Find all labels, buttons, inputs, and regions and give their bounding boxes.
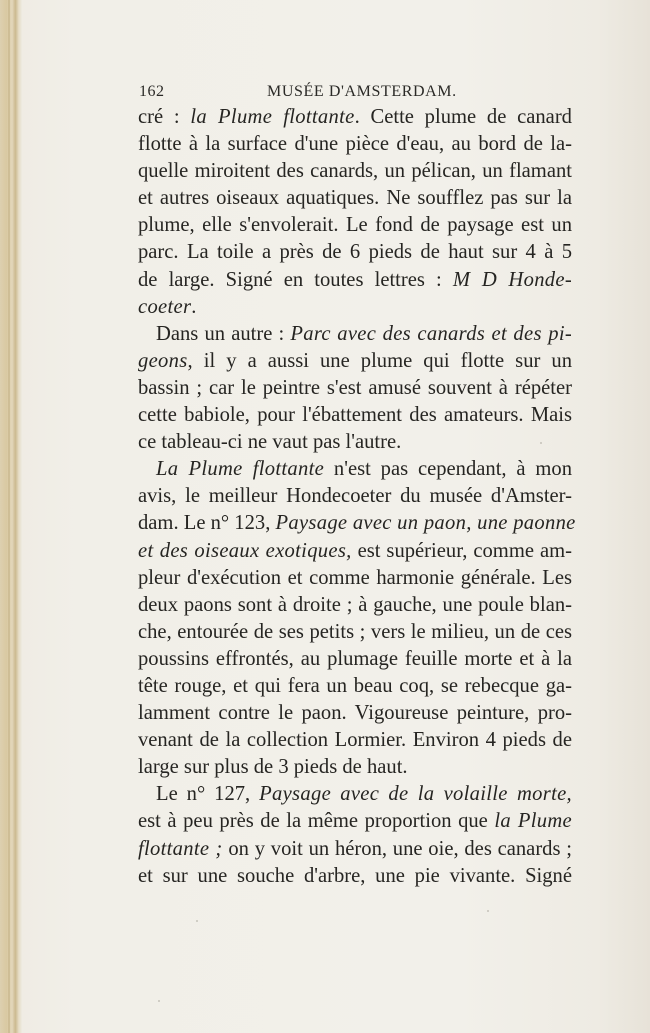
roman-text: tête rouge, et qui fera un beau coq, se … (138, 675, 572, 697)
text-line: est à peu près de la même proportion que… (138, 808, 572, 835)
running-title: MUSÉE D'AMSTERDAM. (267, 83, 457, 101)
text-line: tête rouge, et qui fera un beau coq, se … (138, 673, 572, 700)
roman-text: , il y a aussi une plume qui flotte sur … (188, 350, 572, 372)
page-binding-edge (0, 0, 22, 1033)
text-line: et des oiseaux exotiques, est supérieur,… (138, 538, 572, 565)
text-line: pleur d'exécution et comme harmonie géné… (138, 565, 572, 592)
italic-title-text: Parc avec des canards et des pi- (290, 323, 572, 345)
roman-text: parc. La toile a près de 6 pieds de haut… (138, 241, 572, 263)
roman-text: est à peu près de la même proportion que (138, 810, 494, 832)
italic-title-text: La Plume flottante (156, 458, 324, 480)
roman-text: che, entourée de ses petits ; vers le mi… (138, 621, 572, 643)
italic-title-text: flottante ; (138, 838, 223, 860)
roman-text: et sur une souche d'arbre, une pie vivan… (138, 865, 572, 887)
text-line: dam. Le n° 123, Paysage avec un paon, un… (138, 510, 572, 537)
roman-text: lamment contre le paon. Vigoureuse peint… (138, 702, 572, 724)
roman-text: Le n° 127, (156, 783, 259, 805)
italic-title-text: et des oiseaux exotiques, (138, 540, 352, 562)
roman-text: pleur d'exécution et comme harmonie géné… (138, 567, 572, 589)
roman-text: Dans un autre : (156, 323, 290, 345)
text-line: che, entourée de ses petits ; vers le mi… (138, 619, 572, 646)
text-line: poussins effrontés, au plumage feuille m… (138, 646, 572, 673)
roman-text: flotte à la surface d'une pièce d'eau, a… (138, 133, 572, 155)
text-line: flottante ; on y voit un héron, une oie,… (138, 836, 572, 863)
text-line: plume, elle s'envolerait. Le fond de pay… (138, 212, 572, 239)
text-line: quelle miroitent des canards, un pélican… (138, 158, 572, 185)
italic-title-text: Paysage avec un paon, une paonne (276, 512, 576, 534)
paragraph-start-line: Dans un autre : Parc avec des canards et… (138, 321, 572, 348)
italic-title-text: Paysage avec de la volaille morte, (259, 783, 572, 805)
roman-text: large sur plus de 3 pieds de haut. (138, 756, 408, 778)
roman-text: . Cette plume de canard (355, 106, 572, 128)
paper-speck (487, 910, 489, 912)
roman-text: quelle miroitent des canards, un pélican… (138, 160, 572, 182)
text-line: flotte à la surface d'une pièce d'eau, a… (138, 131, 572, 158)
text-line: deux paons sont à droite ; à gauche, une… (138, 592, 572, 619)
roman-text: est supérieur, comme am- (352, 540, 572, 562)
roman-text: on y voit un héron, une oie, des canards… (223, 838, 572, 860)
roman-text: ce tableau-ci ne vaut pas l'autre. (138, 431, 401, 453)
roman-text: venant de la collection Lormier. Environ… (138, 729, 572, 751)
italic-title-text: la Plume flottante (190, 106, 354, 128)
roman-text: dam. Le n° 123, (138, 512, 276, 534)
text-line: geons, il y a aussi une plume qui flotte… (138, 348, 572, 375)
roman-text: cré : (138, 106, 190, 128)
text-line: large sur plus de 3 pieds de haut. (138, 754, 572, 781)
roman-text: . (191, 296, 196, 318)
roman-text: poussins effrontés, au plumage feuille m… (138, 648, 572, 670)
text-line: et autres oiseaux aquatiques. Ne souffle… (138, 185, 572, 212)
body-text: cré : la Plume flottante. Cette plume de… (138, 104, 572, 890)
roman-text: bassin ; car le peintre s'est amusé souv… (138, 377, 572, 399)
binding-fold-line (8, 0, 10, 1033)
text-line: cette babiole, pour l'ébattement des ama… (138, 402, 572, 429)
paper-speck (196, 920, 198, 922)
roman-text: deux paons sont à droite ; à gauche, une… (138, 594, 572, 616)
roman-text: cette babiole, pour l'ébattement des ama… (138, 404, 572, 426)
text-line: cré : la Plume flottante. Cette plume de… (138, 104, 572, 131)
roman-text: et autres oiseaux aquatiques. Ne souffle… (138, 187, 572, 209)
roman-text: avis, le meilleur Hondecoeter du musée d… (138, 485, 572, 507)
roman-text: plume, elle s'envolerait. Le fond de pay… (138, 214, 572, 236)
running-head: 162 MUSÉE D'AMSTERDAM. (139, 83, 571, 103)
text-line: et sur une souche d'arbre, une pie vivan… (138, 863, 572, 890)
paragraph-start-line: Le n° 127, Paysage avec de la volaille m… (138, 781, 572, 808)
page-number: 162 (139, 83, 165, 101)
italic-title-text: geons (138, 350, 188, 372)
text-line: venant de la collection Lormier. Environ… (138, 727, 572, 754)
paragraph-start-line: La Plume flottante n'est pas cependant, … (138, 456, 572, 483)
text-line: parc. La toile a près de 6 pieds de haut… (138, 239, 572, 266)
paper-speck (158, 1000, 160, 1002)
text-line: de large. Signé en toutes lettres : M D … (138, 267, 572, 294)
italic-title-text: M D Honde- (453, 269, 572, 291)
roman-text: n'est pas cependant, à mon (324, 458, 572, 480)
italic-title-text: coeter (138, 296, 191, 318)
paper-speck (540, 442, 542, 444)
book-page: 162 MUSÉE D'AMSTERDAM. cré : la Plume fl… (0, 0, 650, 1033)
text-line: ce tableau-ci ne vaut pas l'autre. (138, 429, 572, 456)
roman-text: de large. Signé en toutes lettres : (138, 269, 453, 291)
italic-title-text: la Plume (494, 810, 572, 832)
text-line: lamment contre le paon. Vigoureuse peint… (138, 700, 572, 727)
text-line: avis, le meilleur Hondecoeter du musée d… (138, 483, 572, 510)
text-line: bassin ; car le peintre s'est amusé souv… (138, 375, 572, 402)
text-line: coeter. (138, 294, 572, 321)
